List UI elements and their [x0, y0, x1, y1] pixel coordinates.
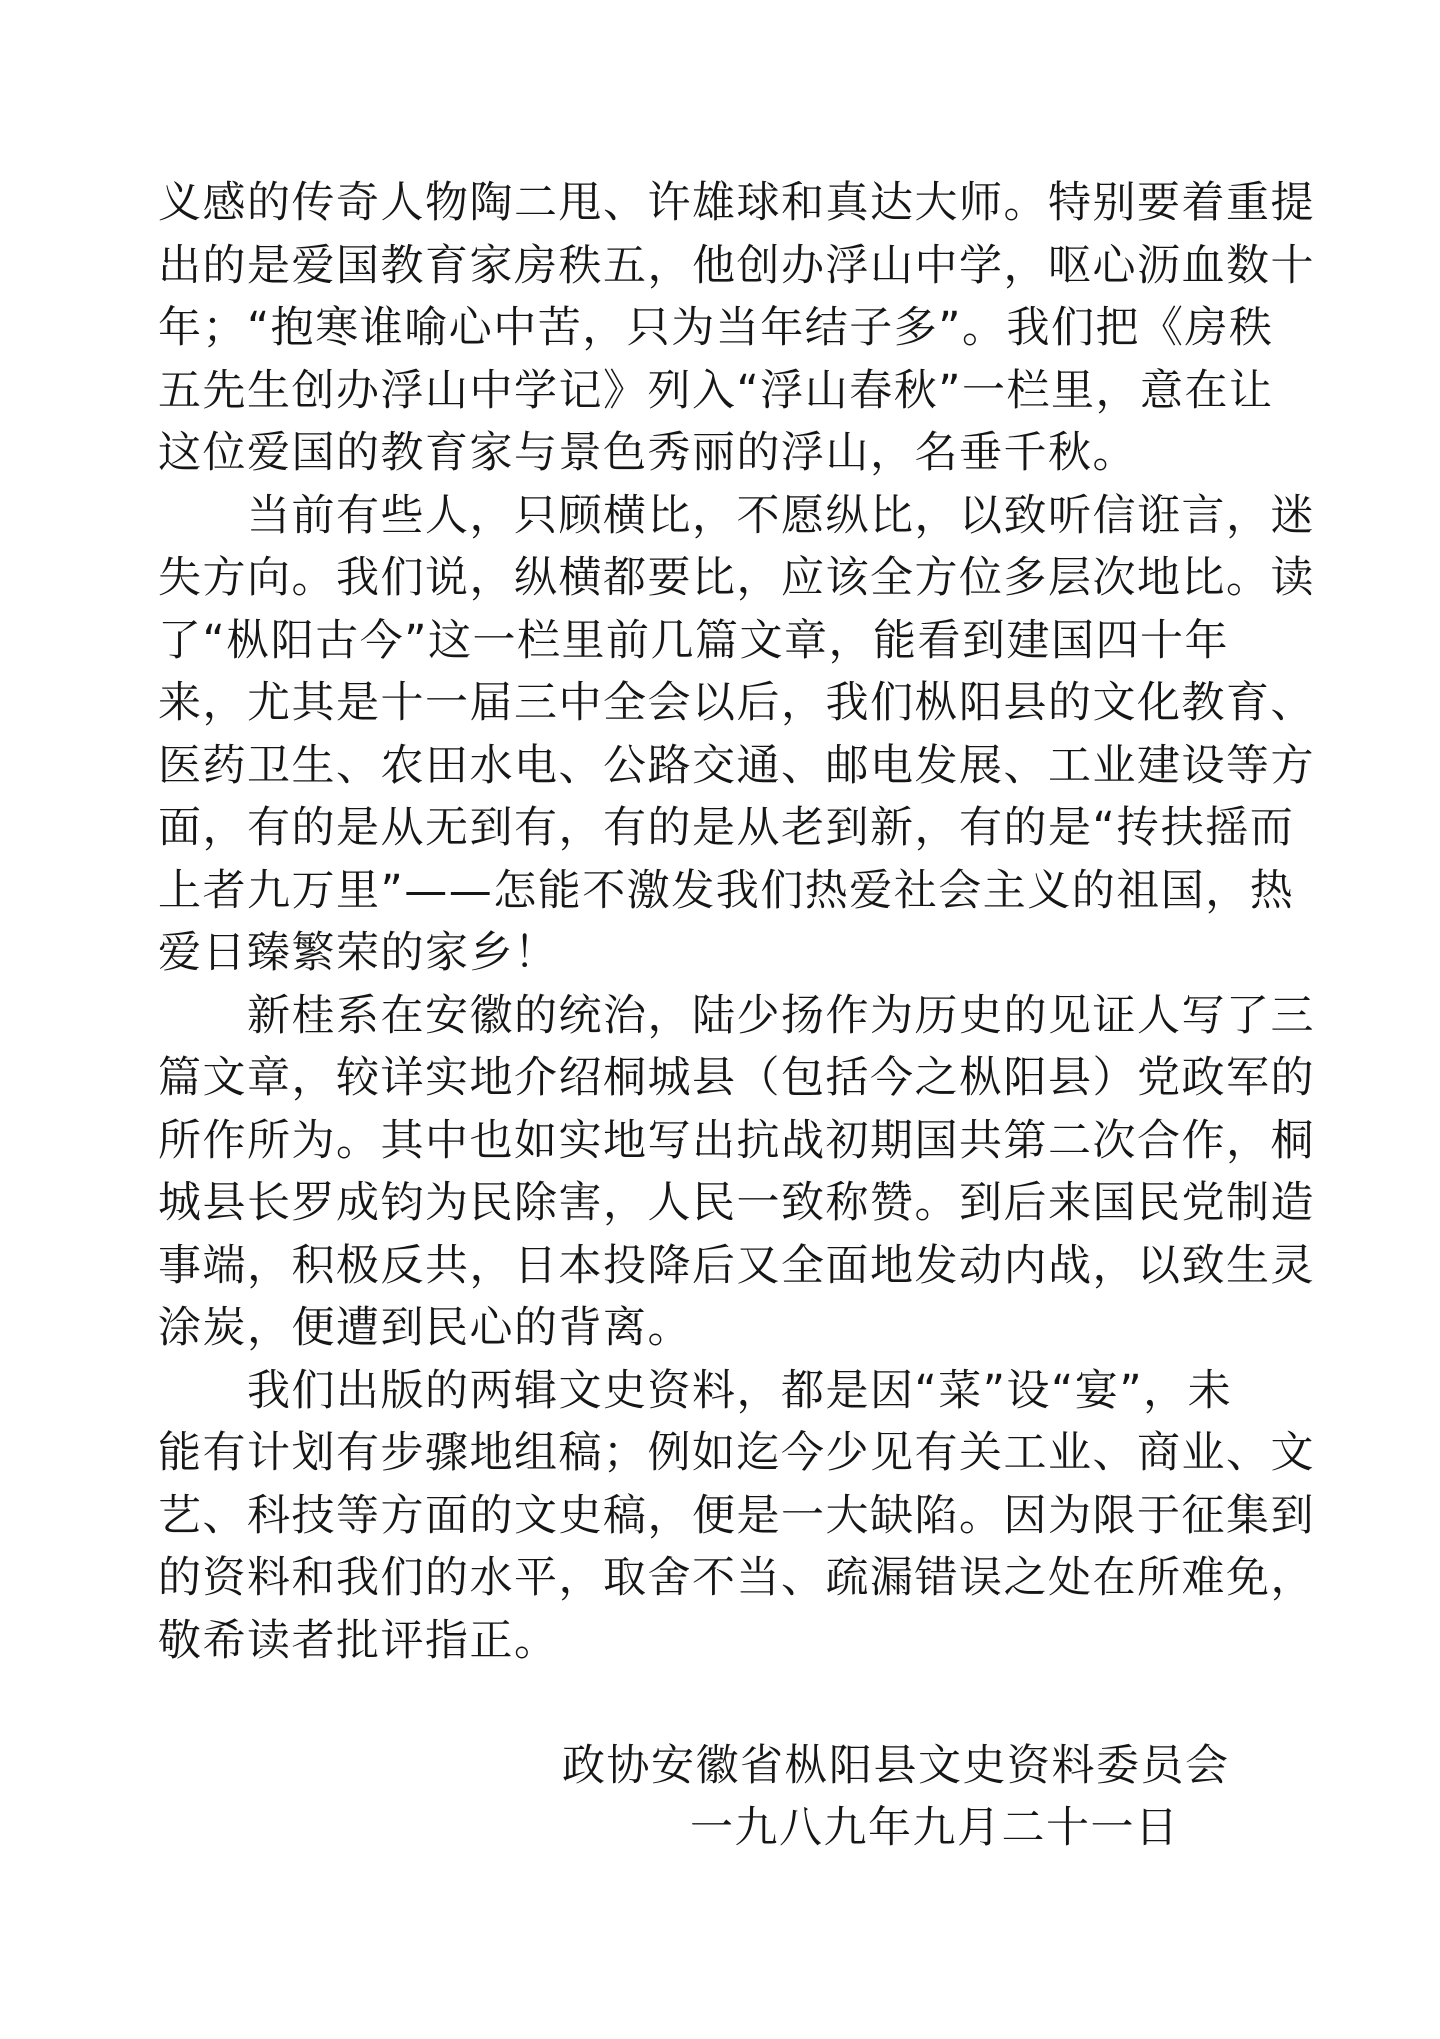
text-line: 当前有些人，只顾横比，不愿纵比，以致听信诳言，迷 [158, 485, 1278, 548]
text-line: 城县长罗成钧为民除害，人民一致称赞。到后来国民党制造 [158, 1172, 1278, 1235]
text-line: 医药卫生、农田水电、公路交通、邮电发展、工业建设等方 [158, 735, 1278, 798]
signature-date: 一九八九年九月二十一日 [158, 1797, 1278, 1860]
text-line: 艺、科技等方面的文史稿，便是一大缺陷。因为限于征集到 [158, 1485, 1278, 1548]
text-line: 上者九万里”——怎能不激发我们热爱社会主义的祖国，热 [158, 860, 1278, 923]
text-line: 涂炭，便遭到民心的背离。 [158, 1297, 1278, 1360]
text-line: 年；“抱寒谁喻心中苦，只为当年结子多”。我们把《房秩 [158, 297, 1278, 360]
text-line: 我们出版的两辑文史资料，都是因“菜”设“宴”，未 [158, 1360, 1278, 1423]
text-line: 出的是爱国教育家房秩五，他创办浮山中学，呕心沥血数十 [158, 235, 1278, 298]
text-line: 来，尤其是十一届三中全会以后，我们枞阳县的文化教育、 [158, 672, 1278, 735]
text-line: 敬希读者批评指正。 [158, 1610, 1278, 1673]
text-line: 事端，积极反共，日本投降后又全面地发动内战，以致生灵 [158, 1235, 1278, 1298]
text-line: 的资料和我们的水平，取舍不当、疏漏错误之处在所难免， [158, 1547, 1278, 1610]
signature-organization: 政协安徽省枞阳县文史资料委员会 [158, 1735, 1278, 1798]
text-line: 新桂系在安徽的统治，陆少扬作为历史的见证人写了三 [158, 985, 1278, 1048]
text-line: 失方向。我们说，纵横都要比，应该全方位多层次地比。读 [158, 547, 1278, 610]
text-line: 这位爱国的教育家与景色秀丽的浮山，名垂千秋。 [158, 422, 1278, 485]
body-text: 义感的传奇人物陶二甩、许雄球和真达大师。特别要着重提 出的是爱国教育家房秩五，他… [158, 172, 1278, 1860]
text-line: 能有计划有步骤地组稿；例如迄今少见有关工业、商业、文 [158, 1422, 1278, 1485]
text-line: 篇文章，较详实地介绍桐城县（包括今之枞阳县）党政军的 [158, 1047, 1278, 1110]
text-line: 所作所为。其中也如实地写出抗战初期国共第二次合作，桐 [158, 1110, 1278, 1173]
text-line: 五先生创办浮山中学记》列入“浮山春秋”一栏里，意在让 [158, 360, 1278, 423]
text-line: 爱日臻繁荣的家乡！ [158, 922, 1278, 985]
scanned-page: 义感的传奇人物陶二甩、许雄球和真达大师。特别要着重提 出的是爱国教育家房秩五，他… [0, 0, 1440, 2039]
text-line: 了“枞阳古今”这一栏里前几篇文章，能看到建国四十年 [158, 610, 1278, 673]
text-line: 义感的传奇人物陶二甩、许雄球和真达大师。特别要着重提 [158, 172, 1278, 235]
text-line: 面，有的是从无到有，有的是从老到新，有的是“抟扶摇而 [158, 797, 1278, 860]
blank-row [158, 1672, 1278, 1735]
